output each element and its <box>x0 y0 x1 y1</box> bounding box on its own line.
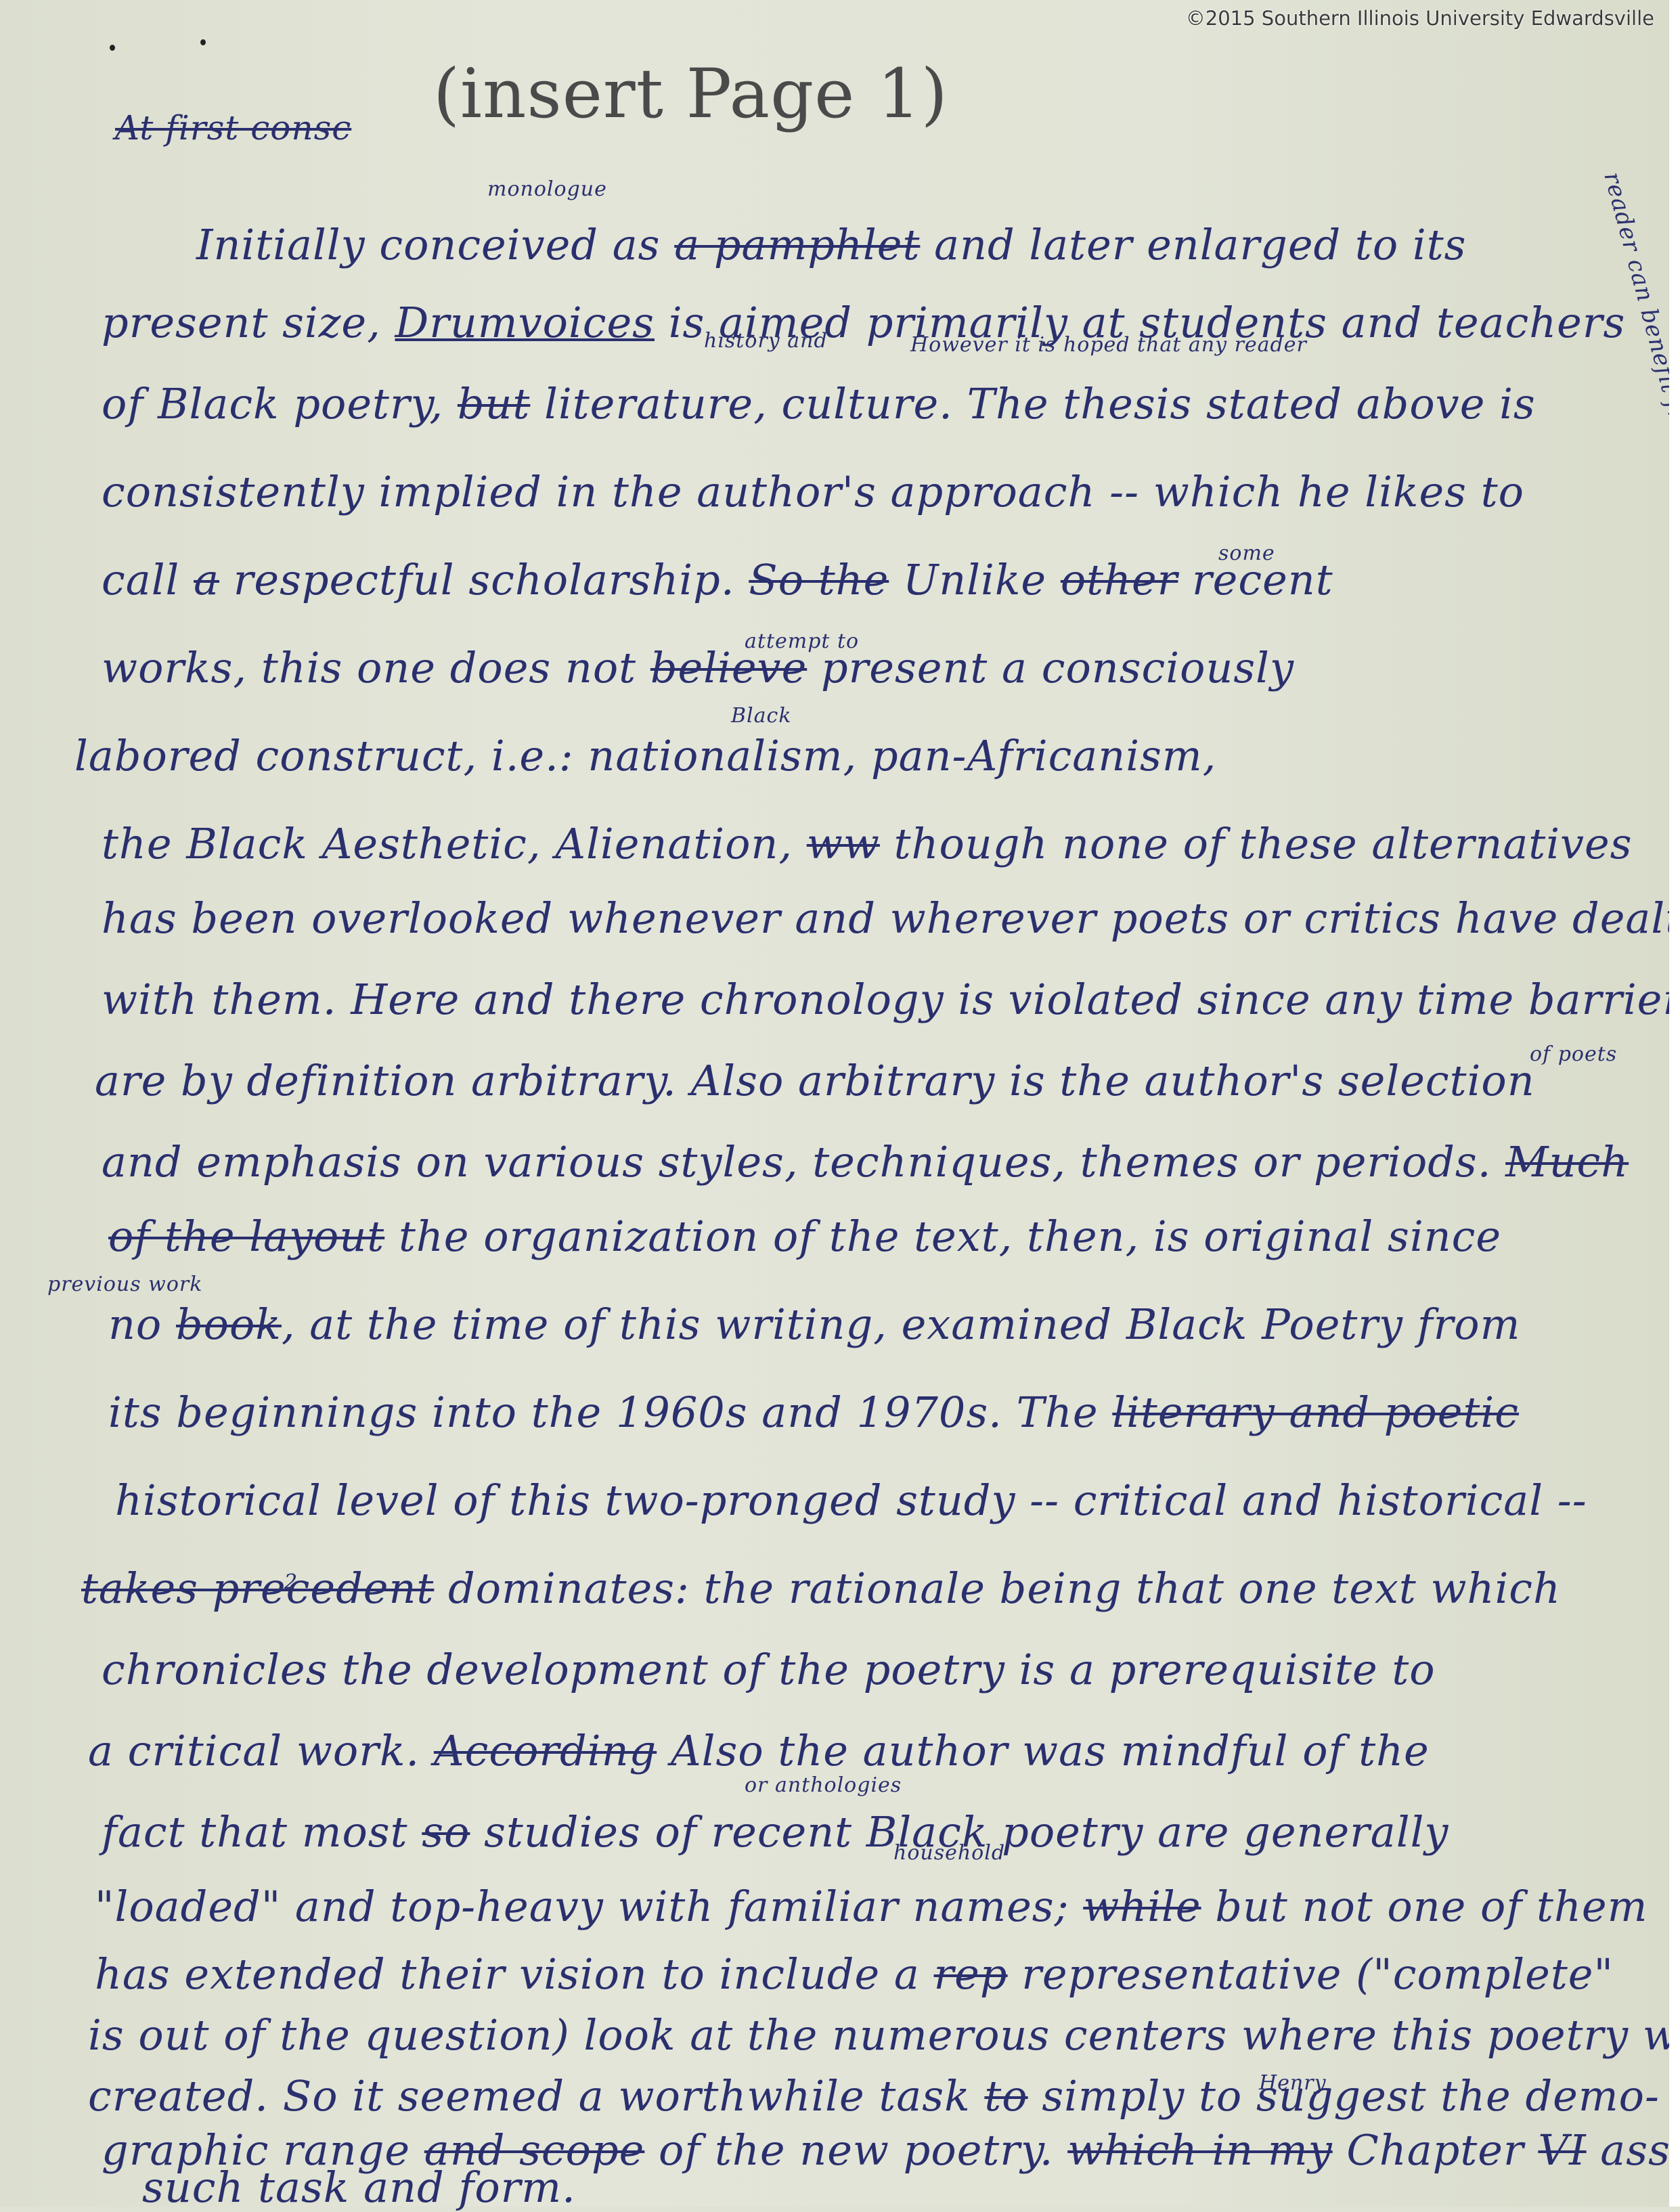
ink-dot <box>110 45 115 51</box>
manuscript-line: "loaded" and top-heavy with familiar nam… <box>95 1882 1648 1931</box>
manuscript-line: takes precedent dominates: the rationale… <box>81 1564 1561 1613</box>
copyright-watermark: ©2015 Southern Illinois University Edwar… <box>1186 7 1654 30</box>
manuscript-line: historical level of this two-pronged stu… <box>115 1476 1587 1525</box>
manuscript-line: has extended their vision to include a r… <box>95 1949 1614 1999</box>
manuscript-line: no book, at the time of this writing, ex… <box>108 1300 1520 1349</box>
manuscript-line: labored construct, i.e.: nationalism, pa… <box>74 731 1216 780</box>
manuscript-page: ©2015 Southern Illinois University Edwar… <box>0 0 1669 2207</box>
manuscript-line: of Black poetry, but literature, culture… <box>102 379 1536 428</box>
manuscript-line: the Black Aesthetic, Alienation, ww thou… <box>102 819 1633 868</box>
manuscript-line: its beginnings into the 1960s and 1970s.… <box>108 1388 1519 1437</box>
manuscript-line: fact that most so studies of recent Blac… <box>102 1807 1449 1857</box>
manuscript-line: and emphasis on various styles, techniqu… <box>102 1137 1629 1187</box>
insert-page-note: (insert Page 1) <box>433 54 948 133</box>
manuscript-line: with them. Here and there chronology is … <box>102 975 1680 1024</box>
manuscript-line: call a respectful scholarship. So the Un… <box>102 555 1333 604</box>
struck-heading: At first consc <box>115 108 351 148</box>
manuscript-line: are by definition arbitrary. Also arbitr… <box>95 1056 1535 1105</box>
insertion-black: Black <box>731 704 792 728</box>
manuscript-line: chronicles the development of the poetry… <box>102 1645 1436 1694</box>
manuscript-line: present size, Drumvoices is aimed primar… <box>102 298 1625 347</box>
insertion-previous-work: previous work <box>47 1273 202 1296</box>
insertion-monologue: monologue <box>487 177 607 201</box>
scan-edge <box>1669 0 1680 2207</box>
manuscript-line: consistently implied in the author's app… <box>102 467 1524 516</box>
manuscript-line: Initially conceived as a pamphlet and la… <box>196 220 1466 269</box>
manuscript-line: created. So it seemed a worthwhile task … <box>88 2071 1660 2121</box>
manuscript-line: a critical work. According Also the auth… <box>88 1726 1430 1775</box>
manuscript-line: works, this one does not believe present… <box>102 643 1294 692</box>
ink-dot <box>200 39 206 45</box>
manuscript-line: such task and form. <box>142 2163 576 2207</box>
margin-note: reader can benefit from reading <box>1598 169 1680 559</box>
manuscript-line: of the layout the organization of the te… <box>108 1212 1501 1261</box>
manuscript-line: is out of the question) look at the nume… <box>88 2010 1680 2060</box>
insertion-of-poets: of poets <box>1530 1042 1617 1066</box>
insertion-or-anthologies: or anthologies <box>745 1773 902 1797</box>
manuscript-line: has been overlooked whenever and whereve… <box>102 893 1680 943</box>
